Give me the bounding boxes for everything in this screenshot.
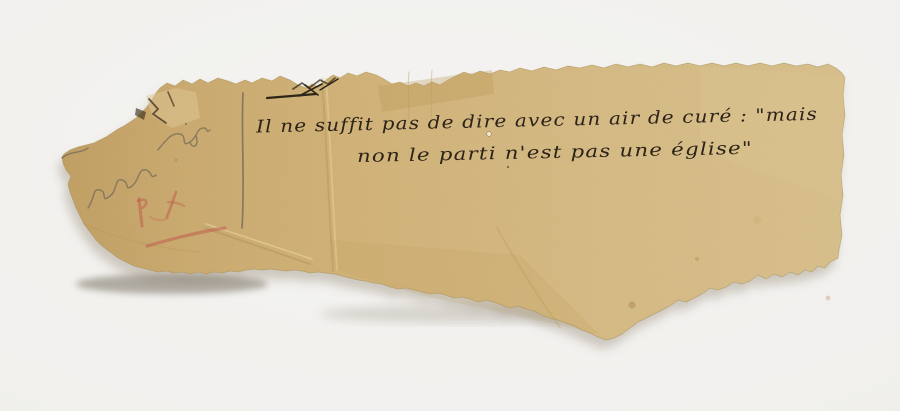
- photo-stage: Il ne suffit pas de dire avec un air de …: [0, 0, 900, 411]
- note-photo: Il ne suffit pas de dire avec un air de …: [0, 0, 900, 411]
- paper-fragment: Il ne suffit pas de dire avec un air de …: [62, 63, 845, 340]
- pencil-margin-line: [242, 93, 243, 228]
